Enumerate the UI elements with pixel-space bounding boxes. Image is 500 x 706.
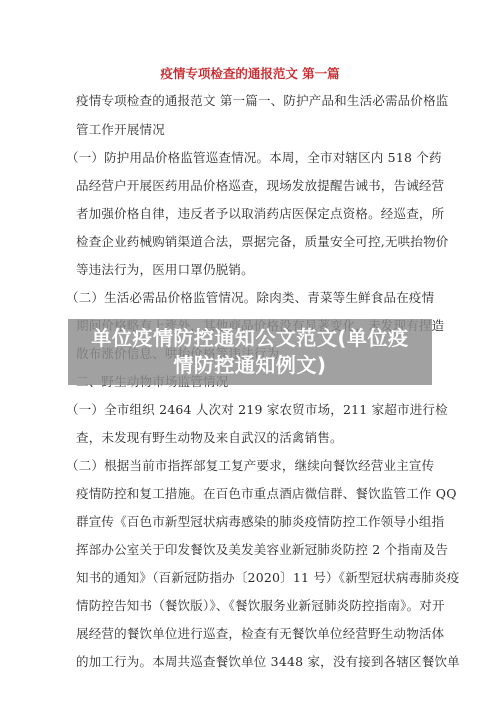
paragraph-line: 管工作开展情况 <box>76 122 436 138</box>
paragraph-line: 者加强价格自律，违反者予以取消药店医保定点资格。经巡查，所 <box>76 206 436 222</box>
paragraph-line: 知书的通知》（百新冠防指办〔2020〕11 号）《新型冠状病毒肺炎疫 <box>76 570 436 586</box>
document-page: 疫情专项检查的通报范文 第一篇 疫情专项检查的通报范文 第一篇一、防护产品和生活… <box>0 0 500 706</box>
paragraph-line: （一）全市组织 2464 人次对 219 家农贸市场，211 家超市进行检 <box>66 402 426 418</box>
document-title: 疫情专项检查的通报范文 第一篇 <box>0 64 500 82</box>
paragraph-line: 疫情专项检查的通报范文 第一篇一、防护产品和生活必需品价格监 <box>76 93 436 109</box>
paragraph-line: （二）生活必需品价格监管情况。除肉类、青菜等生鲜食品在疫情 <box>66 290 426 306</box>
paragraph-line: （一）防护用品价格监管巡查情况。本周，全市对辖区内 518 个药 <box>66 150 426 166</box>
paragraph-line: 挥部办公室关于印发餐饮及美发美容业新冠肺炎防控 2 个指南及告 <box>76 542 436 558</box>
paragraph-line: 展经营的餐饮单位进行巡查，检查有无餐饮单位经营野生动物活体 <box>76 626 436 642</box>
paragraph-line: 查，未发现有野生动物及来自武汉的活禽销售。 <box>76 430 436 446</box>
paragraph-line: 品经营户开展医药用品价格巡查，现场发放提醒告诫书，告诫经营 <box>76 178 436 194</box>
paragraph-line: 等违法行为，医用口罩仍脱销。 <box>76 262 436 278</box>
paragraph-line: （二）根据当前市指挥部复工复产要求，继续向餐饮经营业主宣传 <box>66 458 426 474</box>
paragraph-line: 群宣传《百色市新型冠状病毒感染的肺炎疫情防控工作领导小组指 <box>76 514 436 530</box>
paragraph-line: 检查企业药械购销渠道合法，票据完备，质量安全可控,无哄抬物价 <box>76 234 436 250</box>
banner-title-line-2: 情防控通知例文) <box>173 352 326 379</box>
paragraph-line: 疫情防控和复工措施。在百色市重点酒店微信群、餐饮监管工作 QQ <box>76 486 436 502</box>
paragraph-line: 情防控告知书（餐饮版）》、《餐饮服务业新冠肺炎防控指南》。对开 <box>76 598 436 614</box>
banner-title-line-1: 单位疫情防控通知公文范文(单位疫 <box>91 325 408 352</box>
title-banner: 单位疫情防控通知公文范文(单位疫 情防控通知例文) <box>68 319 432 385</box>
paragraph-line: 的加工行为。本周共巡查餐饮单位 3448 家，没有接到各辖区餐饮单 <box>76 654 436 670</box>
